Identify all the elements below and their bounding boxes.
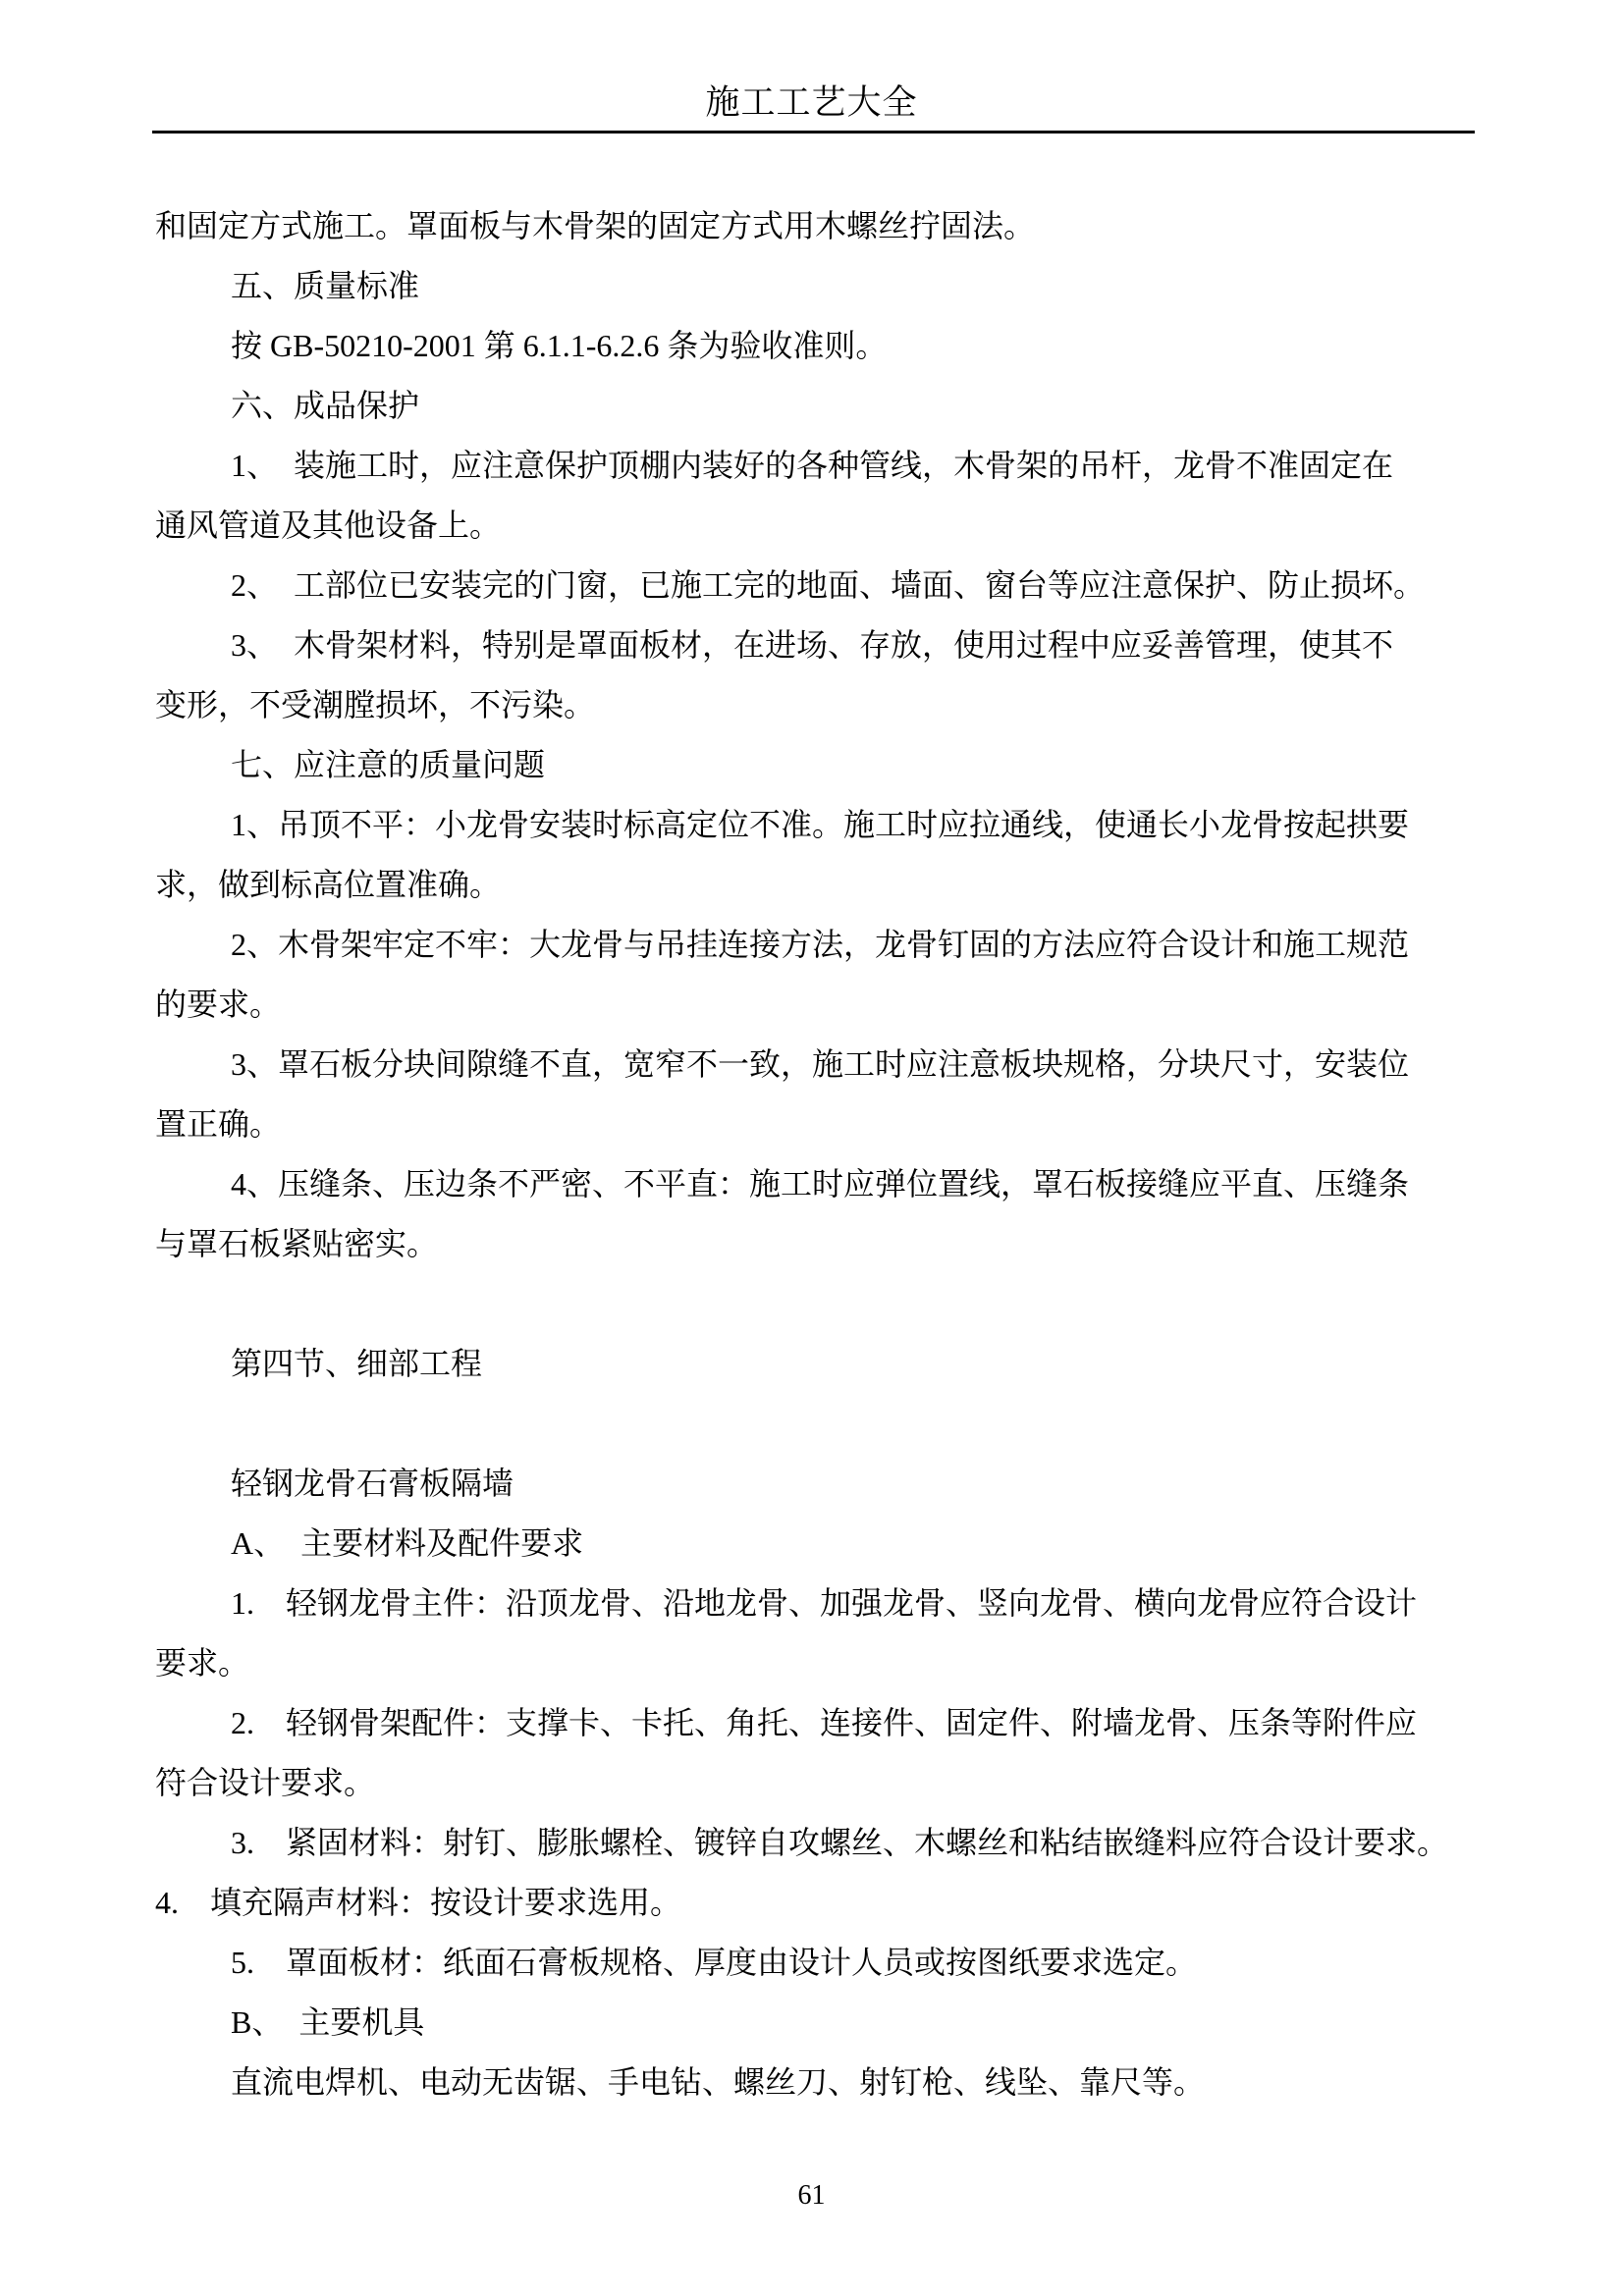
page-number: 61 [798,2180,826,2211]
document-body: 和固定方式施工。罩面板与木骨架的固定方式用木螺丝拧固法。 五、质量标准 按 GB… [155,196,1475,2112]
body-paragraph-acceptance-rule: 按 GB-50210-2001 第 6.1.1-6.2.6 条为验收准则。 [155,316,1475,376]
list-item-issue-4: 4、压缝条、压边条不严密、不平直：施工时应弹位置线，罩石板接缝应平直、压缝条 与… [155,1154,1475,1274]
page-title: 施工工艺大全 [0,83,1623,123]
header-rule [152,131,1475,133]
heading-section-6-product-protection: 六、成品保护 [155,376,1475,436]
heading-section-5-quality-standard: 五、质量标准 [155,256,1475,316]
list-item-issue-1: 1、吊顶不平：小龙骨安装时标高定位不准。施工时应拉通线，使通长小龙骨按起拱要 求… [155,795,1475,915]
list-item-material-3: 3. 紧固材料：射钉、膨胀螺栓、镀锌自攻螺丝、木螺丝和粘结嵌缝料应符合设计要求。 [155,1813,1475,1873]
blank-line [155,1274,1475,1334]
page-header: 施工工艺大全 [0,0,1623,133]
page-footer: 61 [0,2179,1623,2213]
heading-section-4-detail-works: 第四节、细部工程 [155,1334,1475,1394]
body-paragraph-continuation: 和固定方式施工。罩面板与木骨架的固定方式用木螺丝拧固法。 [155,196,1475,256]
list-item-issue-3: 3、罩石板分块间隙缝不直，宽窄不一致，施工时应注意板块规格，分块尺寸，安装位 置… [155,1035,1475,1154]
subheading-gypsum-board-partition: 轻钢龙骨石膏板隔墙 [155,1454,1475,1514]
list-item-protection-2: 2、 工部位已安装完的门窗，已施工完的地面、墙面、窗台等应注意保护、防止损坏。 [155,556,1475,615]
list-item-issue-2: 2、木骨架牢定不牢：大龙骨与吊挂连接方法，龙骨钉固的方法应符合设计和施工规范 的… [155,915,1475,1035]
document-page: 施工工艺大全 和固定方式施工。罩面板与木骨架的固定方式用木螺丝拧固法。 五、质量… [0,0,1623,2296]
body-paragraph-tools-list: 直流电焊机、电动无齿锯、手电钻、螺丝刀、射钉枪、线坠、靠尺等。 [155,2053,1475,2112]
heading-item-b-tools: B、 主要机具 [155,1993,1475,2053]
blank-line [155,1394,1475,1454]
list-item-material-1: 1. 轻钢龙骨主件：沿顶龙骨、沿地龙骨、加强龙骨、竖向龙骨、横向龙骨应符合设计 … [155,1574,1475,1693]
heading-section-7-quality-issues: 七、应注意的质量问题 [155,735,1475,795]
heading-item-a-materials: A、 主要材料及配件要求 [155,1514,1475,1574]
list-item-protection-3: 3、 木骨架材料，特别是罩面板材，在进场、存放，使用过程中应妥善管理，使其不 变… [155,615,1475,735]
list-item-protection-1: 1、 装施工时，应注意保护顶棚内装好的各种管线，木骨架的吊杆，龙骨不准固定在 通… [155,436,1475,556]
list-item-material-5: 5. 罩面板材：纸面石膏板规格、厚度由设计人员或按图纸要求选定。 [155,1933,1475,1993]
list-item-material-4: 4. 填充隔声材料：按设计要求选用。 [155,1873,1475,1933]
list-item-material-2: 2. 轻钢骨架配件：支撑卡、卡托、角托、连接件、固定件、附墙龙骨、压条等附件应 … [155,1693,1475,1813]
